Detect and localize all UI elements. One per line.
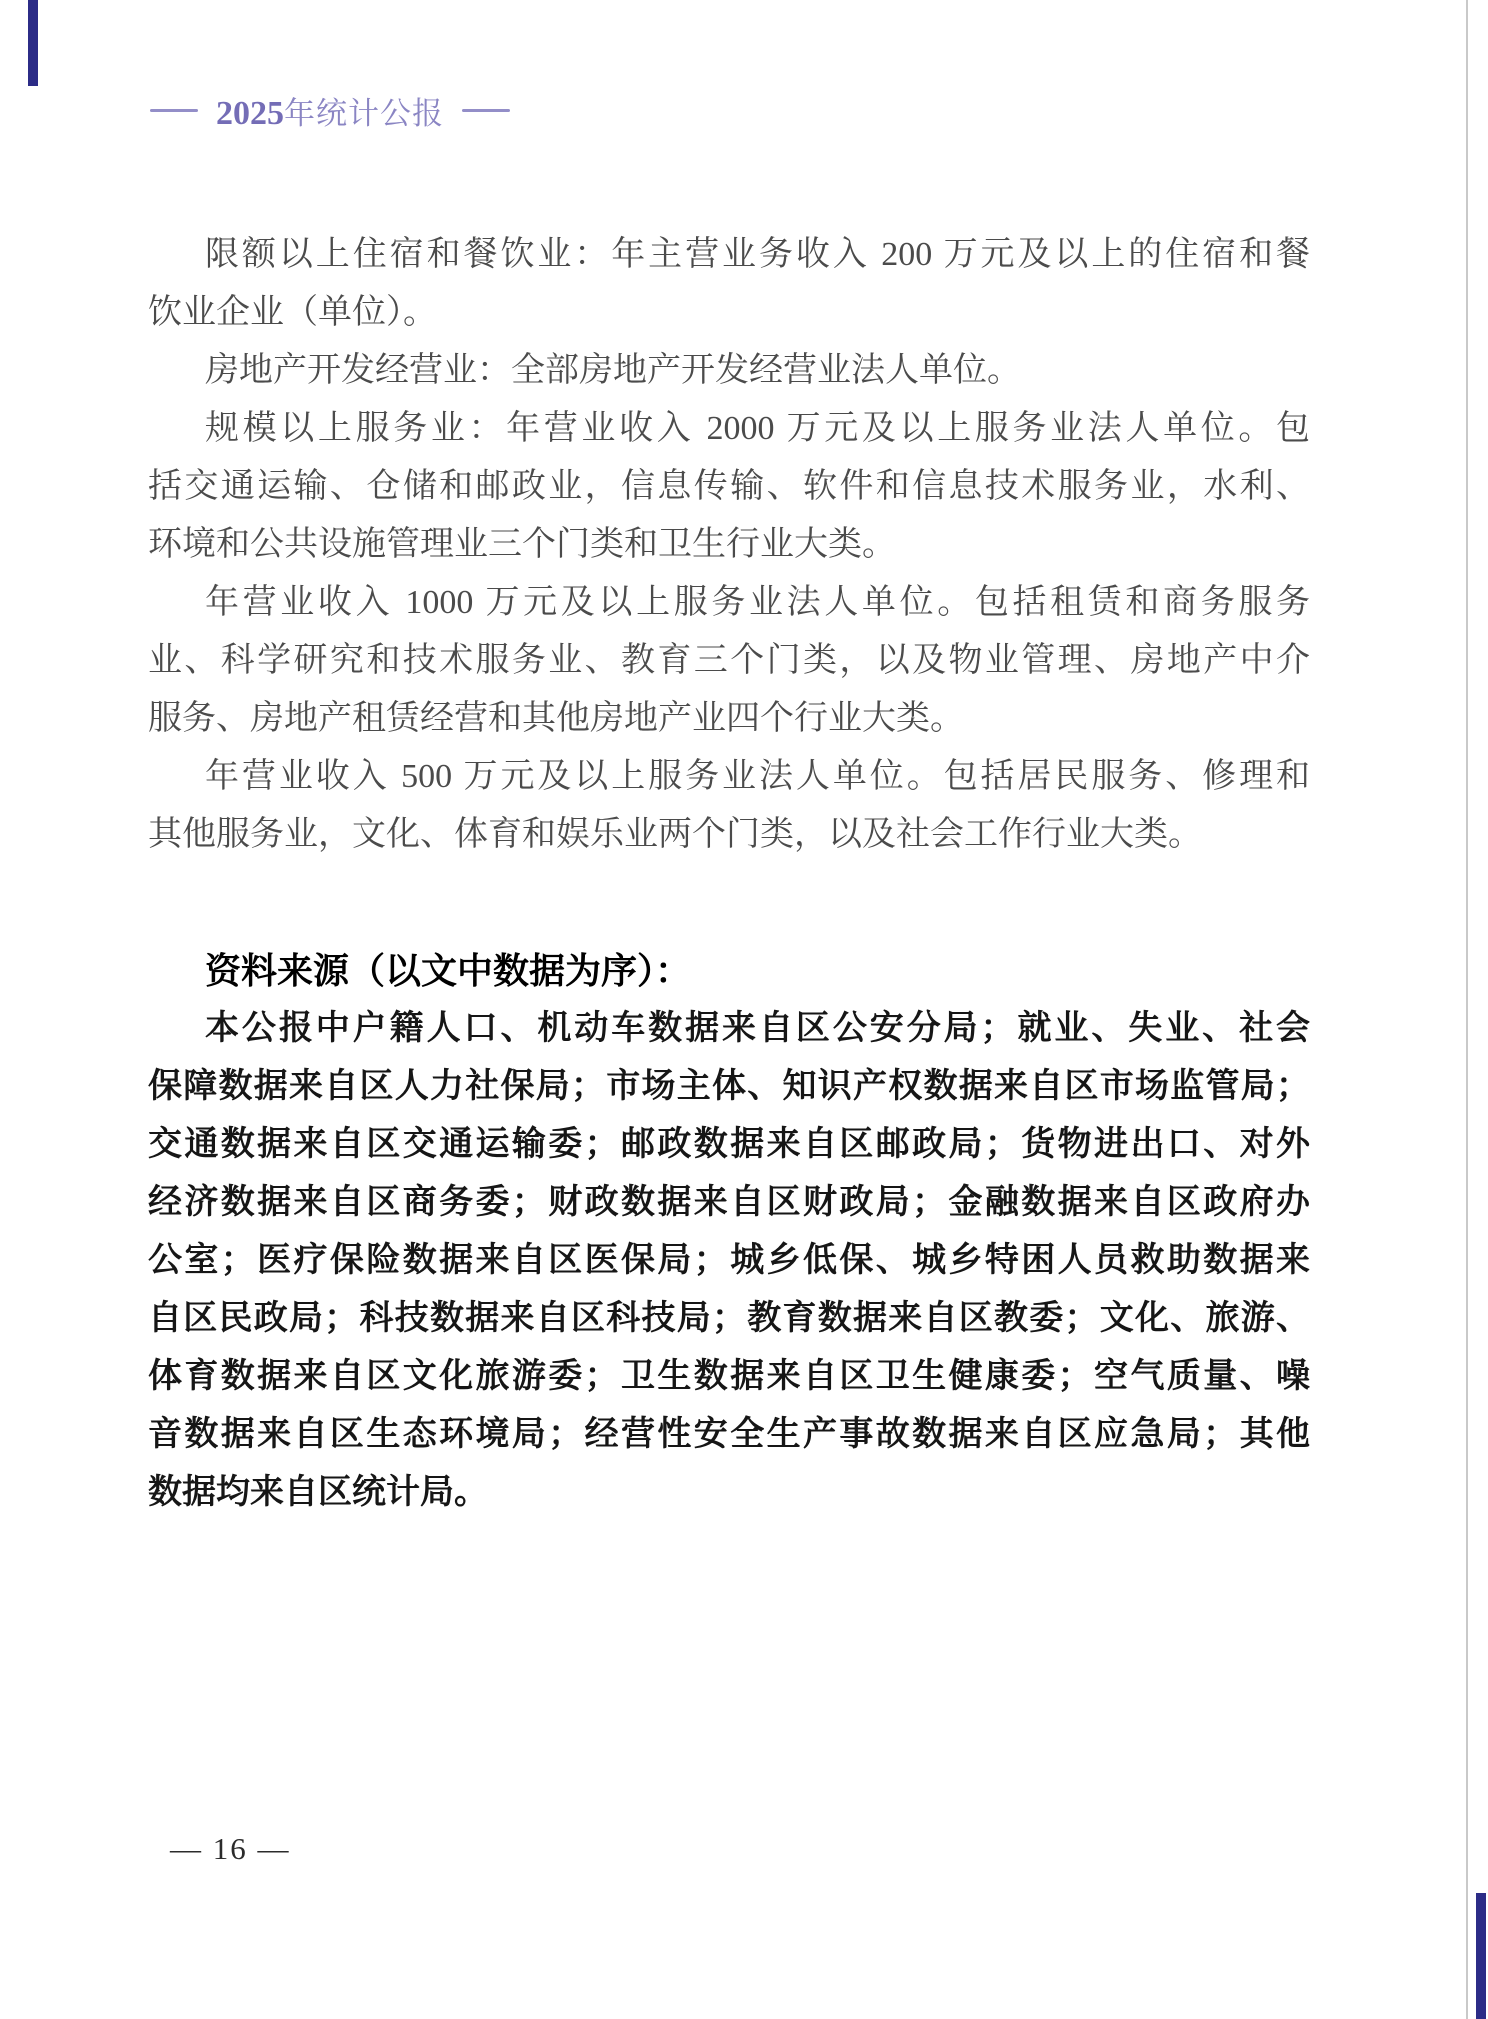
paragraph-line: 其他服务业，文化、体育和娱乐业两个门类，以及社会工作行业大类。 <box>148 806 1310 864</box>
sources-line: 保障数据来自区人力社保局；市场主体、知识产权数据来自区市场监管局； <box>148 1058 1310 1116</box>
page-header: 2025年统计公报 <box>150 88 510 133</box>
sources-line: 交通数据来自区交通运输委；邮政数据来自区邮政局；货物进出口、对外 <box>148 1116 1310 1174</box>
sources-line: 音数据来自区生态环境局；经营性安全生产事故数据来自区应急局；其他 <box>148 1406 1310 1464</box>
header-title-text: 年统计公报 <box>284 96 444 131</box>
header-rule-right <box>462 109 510 112</box>
sources-line: 体育数据来自区文化旅游委；卫生数据来自区卫生健康委；空气质量、噪 <box>148 1348 1310 1406</box>
sources-line: 公室；医疗保险数据来自区医保局；城乡低保、城乡特困人员救助数据来 <box>148 1232 1310 1290</box>
sources-heading: 资料来源（以文中数据为序）： <box>148 942 1310 1000</box>
paragraph-line: 业、科学研究和技术服务业、教育三个门类，以及物业管理、房地产中介 <box>148 632 1310 690</box>
paragraph-line: 环境和公共设施管理业三个门类和卫生行业大类。 <box>148 516 1310 574</box>
sources-line: 数据均来自区统计局。 <box>148 1464 1310 1522</box>
header-rule-left <box>150 109 198 112</box>
corner-accent-top-left <box>28 0 38 86</box>
paragraph-line: 年营业收入 1000 万元及以上服务业法人单位。包括租赁和商务服务 <box>148 574 1310 632</box>
sources-line: 经济数据来自区商务委；财政数据来自区财政局；金融数据来自区政府办 <box>148 1174 1310 1232</box>
paragraph-line: 服务、房地产租赁经营和其他房地产业四个行业大类。 <box>148 690 1310 748</box>
page-number: — 16 — <box>170 1820 291 1878</box>
paragraph-line: 规模以上服务业：年营业收入 2000 万元及以上服务业法人单位。包 <box>148 400 1310 458</box>
document-page: 2025年统计公报 限额以上住宿和餐饮业：年主营业务收入 200 万元及以上的住… <box>0 0 1488 2019</box>
paragraph-line: 饮业企业（单位）。 <box>148 284 1310 342</box>
sources-line: 自区民政局；科技数据来自区科技局；教育数据来自区教委；文化、旅游、 <box>148 1290 1310 1348</box>
paragraph-line: 限额以上住宿和餐饮业：年主营业务收入 200 万元及以上的住宿和餐 <box>148 226 1310 284</box>
page-edge-line <box>1466 0 1468 2019</box>
header-year: 2025 <box>216 95 284 132</box>
paragraph-line: 年营业收入 500 万元及以上服务业法人单位。包括居民服务、修理和 <box>148 748 1310 806</box>
paragraph-line: 括交通运输、仓储和邮政业，信息传输、软件和信息技术服务业，水利、 <box>148 458 1310 516</box>
paragraph-line: 房地产开发经营业：全部房地产开发经营业法人单位。 <box>148 342 1310 400</box>
header-title: 2025年统计公报 <box>216 88 444 133</box>
corner-accent-bottom-right <box>1476 1893 1486 2019</box>
sources-line: 本公报中户籍人口、机动车数据来自区公安分局；就业、失业、社会 <box>148 1000 1310 1058</box>
